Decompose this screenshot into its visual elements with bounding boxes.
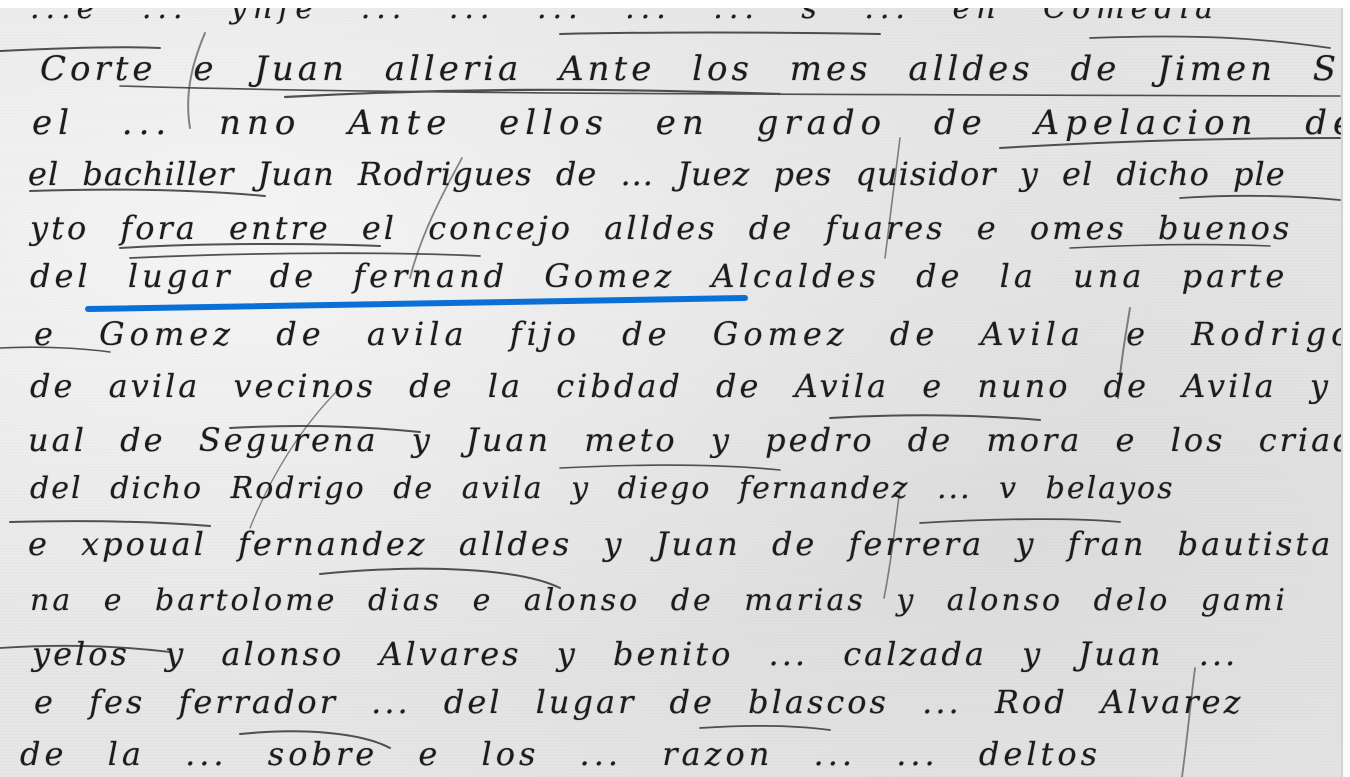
blue-underline-annotation bbox=[0, 0, 1350, 777]
underline-stroke bbox=[88, 298, 745, 309]
image-viewer: ...e ... ynfe ... ... ... ... ... s ... … bbox=[0, 0, 1350, 777]
